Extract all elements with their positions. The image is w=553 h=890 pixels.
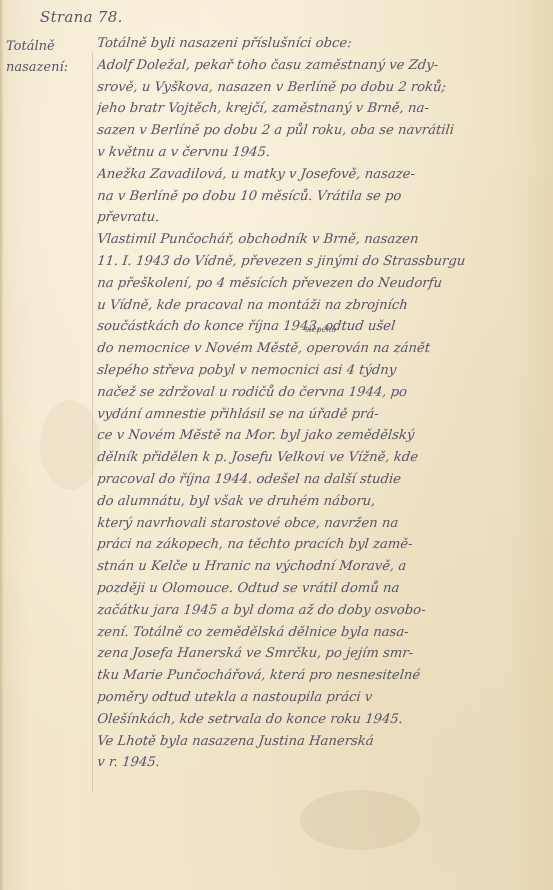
text-line: převratu.: [96, 207, 538, 229]
text-line: poměry odtud utekla a nastoupila práci v: [96, 687, 538, 709]
text-line: Vlastimil Punčochář, obchodník v Brně, n…: [96, 229, 538, 251]
text-line: slepého střeva pobyl v nemocnici asi 4 t…: [96, 360, 538, 382]
text-line: srově, u Vyškova, nasazen v Berlíně po d…: [96, 77, 538, 99]
text-line: později u Olomouce. Odtud se vrátil domů…: [96, 578, 538, 600]
text-line: Ve Lhotě byla nasazena Justina Hanerská: [96, 731, 538, 753]
page-edge: [0, 0, 4, 890]
text-line: Anežka Zavadilová, u matky v Josefově, n…: [96, 164, 538, 186]
text-line: na v Berlíně po dobu 10 měsíců. Vrátila …: [96, 186, 538, 208]
text-line: zení. Totálně co zemědělská dělnice byla…: [96, 622, 538, 644]
text-line: sazen v Berlíně po dobu 2 a půl roku, ob…: [96, 120, 538, 142]
margin-note-line: nasazení:: [6, 57, 92, 78]
text-line: pracoval do října 1944. odešel na další …: [96, 469, 538, 491]
text-line: stnán u Kelče u Hranic na východní Morav…: [96, 556, 538, 578]
body-text: Totálně byli nasazeni příslušníci obce: …: [96, 33, 536, 774]
page-header: Strana 78.: [40, 8, 123, 26]
margin-note: Totálně nasazení:: [6, 36, 92, 78]
text-line: začátku jara 1945 a byl doma až do doby …: [96, 600, 538, 622]
text-line: Olešínkách, kde setrvala do konce roku 1…: [96, 709, 538, 731]
text-line: zena Josefa Hanerská ve Smrčku, po jejím…: [96, 643, 538, 665]
margin-rule: [92, 52, 93, 792]
document-page: Strana 78. Totálně nasazení: slepého Tot…: [0, 0, 553, 890]
text-line: v květnu a v červnu 1945.: [96, 142, 538, 164]
text-line: tku Marie Punčochářová, která pro nesnes…: [96, 665, 538, 687]
text-line: dělník přidělen k p. Josefu Velkovi ve V…: [96, 447, 538, 469]
text-line: součástkách do konce října 1943, odtud u…: [96, 316, 538, 338]
text-line: na přeškolení, po 4 měsících převezen do…: [96, 273, 538, 295]
text-line: v r. 1945.: [96, 752, 538, 774]
text-line: jeho bratr Vojtěch, krejčí, zaměstnaný v…: [96, 98, 538, 120]
text-line: u Vídně, kde pracoval na montáži na zbro…: [96, 295, 538, 317]
text-line: který navrhovali starostové obce, navrže…: [96, 513, 538, 535]
text-line: ce v Novém Městě na Mor. byl jako zemědě…: [96, 425, 538, 447]
margin-note-line: Totálně: [6, 36, 92, 57]
paper-stain: [300, 790, 420, 850]
text-line: práci na zákopech, na těchto pracích byl…: [96, 534, 538, 556]
text-line: 11. I. 1943 do Vídně, převezen s jinými …: [96, 251, 538, 273]
paper-stain: [40, 400, 100, 490]
text-line: vydání amnestie přihlásil se na úřadě pr…: [96, 404, 538, 426]
text-line: Adolf Doležal, pekař toho času zaměstnan…: [96, 55, 538, 77]
text-line: Totálně byli nasazeni příslušníci obce:: [96, 33, 538, 55]
text-line: do alumnátu, byl však ve druhém náboru,: [96, 491, 538, 513]
text-line: načež se zdržoval u rodičů do června 194…: [96, 382, 538, 404]
text-line: do nemocnice v Novém Městě, operován na …: [96, 338, 538, 360]
